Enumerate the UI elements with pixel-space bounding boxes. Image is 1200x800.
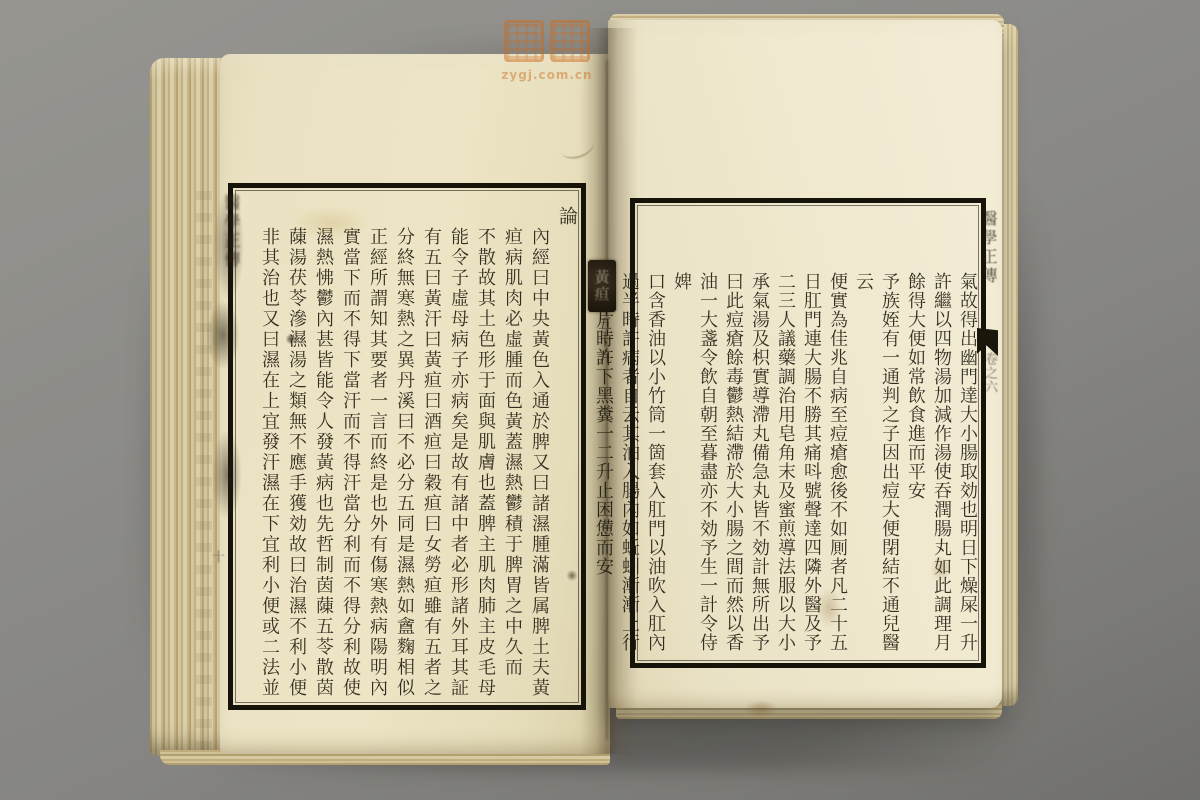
leaf-number: 五十九	[590, 316, 614, 386]
text-column: 承氣湯及枳實導滯丸備急丸皆不効計無所出予	[746, 212, 772, 661]
photograph-of-open-woodblock-book: 論 內經曰中央黃色入通於脾又曰諸濕腫滿皆属脾土夫黃 疸病肌肉必虛腫而色黃蓋濕熱鬱…	[0, 0, 1200, 800]
seal-glyph-icon	[550, 20, 590, 62]
right-page-text-block: 氣故得出幽門達大小腸取効也明日下燥屎一升 許繼以四物湯加減作湯使吞潤腸丸如此調理…	[639, 212, 980, 661]
watermark-url: zygj.com.cn	[492, 68, 602, 82]
text-column: 內經曰中央黃色入通於脾又曰諸濕腫滿皆属脾土夫黃	[526, 206, 553, 703]
book-title-fore-edge: 醫學正傳	[972, 210, 1000, 340]
text-column: 油一大盞令飲自朝至暮盡亦不効予生一計令侍婢	[668, 212, 720, 661]
text-column: 有五曰黃汗曰黃疸曰酒疸曰穀疸曰女勞疸雖有五者之	[418, 206, 445, 703]
chapter-label-box: 黃疸	[588, 260, 616, 312]
watermark-seal-blocks	[492, 20, 602, 62]
stain	[930, 556, 952, 582]
text-column: 曰此痘瘡餘毒鬱熱結滯於大小腸之間而然以香	[720, 212, 746, 661]
text-column: 濕熱怫鬱內甚皆能令人發黃病也先哲制茵蔯五苓散茵	[310, 206, 337, 703]
text-column: 二三人議藥調治用皂角末及蜜煎導法服以大小	[772, 212, 798, 661]
text-column: 非其治也又曰濕在上宜發汗濕在下宜利小便或二法並	[256, 206, 283, 703]
left-page-edge-stack	[150, 58, 230, 756]
text-column: 正經所謂知其要者一言而終是也外有傷寒熱病陽明內	[364, 206, 391, 703]
text-column: 過半時許病者自云其油入腸內如蚯蚓漸漸上行	[616, 212, 642, 661]
stain	[744, 700, 778, 718]
stain	[816, 588, 842, 628]
text-column: 分終無寒熱之異丹溪曰不必分五同是濕熱如盦麴相似	[391, 206, 418, 703]
text-column: 疸病肌肉必虛腫而色黃蓋濕熱鬱積于脾胃之中久而	[499, 206, 526, 703]
text-column: 蔯湯茯苓滲濕湯之類無不應手獲効故曰治濕不利小便	[283, 206, 310, 703]
ink-spot	[566, 570, 578, 581]
text-column: 餘得大便如常飲食進而平安	[902, 212, 928, 661]
left-page-text-block: 論 內經曰中央黃色入通於脾又曰諸濕腫滿皆属脾土夫黃 疸病肌肉必虛腫而色黃蓋濕熱鬱…	[237, 206, 581, 703]
seal-glyph-icon	[504, 20, 544, 62]
section-heading: 論	[553, 206, 581, 703]
text-column: 予族姪有一通判之子因出痘大便閉結不通兒醫云	[850, 212, 902, 661]
ink-spot	[286, 333, 296, 345]
text-column: 不散故其土色形于面與肌膚也蓋脾主肌肉肺主皮毛母	[472, 206, 499, 703]
stain	[290, 206, 370, 240]
ink-smudge	[212, 430, 242, 520]
edge-numeral-mark: 十	[208, 550, 226, 574]
text-column: 許繼以四物湯加減作湯使吞潤腸丸如此調理月	[928, 212, 954, 661]
volume-label: 卷之六	[977, 352, 999, 412]
site-watermark: zygj.com.cn	[492, 20, 602, 114]
chapter-label: 黃疸	[592, 269, 613, 303]
under-leaf-edge	[196, 190, 212, 750]
text-column: 能令子虛母病子亦病矣是故有諸中者必形諸外耳其証	[445, 206, 472, 703]
text-column: 口含香油以小竹筒一箇套入肛門以油吹入肛內	[642, 212, 668, 661]
text-column: 實當下而不得下當汗而不得汗當分利而不得分利故使	[337, 206, 364, 703]
